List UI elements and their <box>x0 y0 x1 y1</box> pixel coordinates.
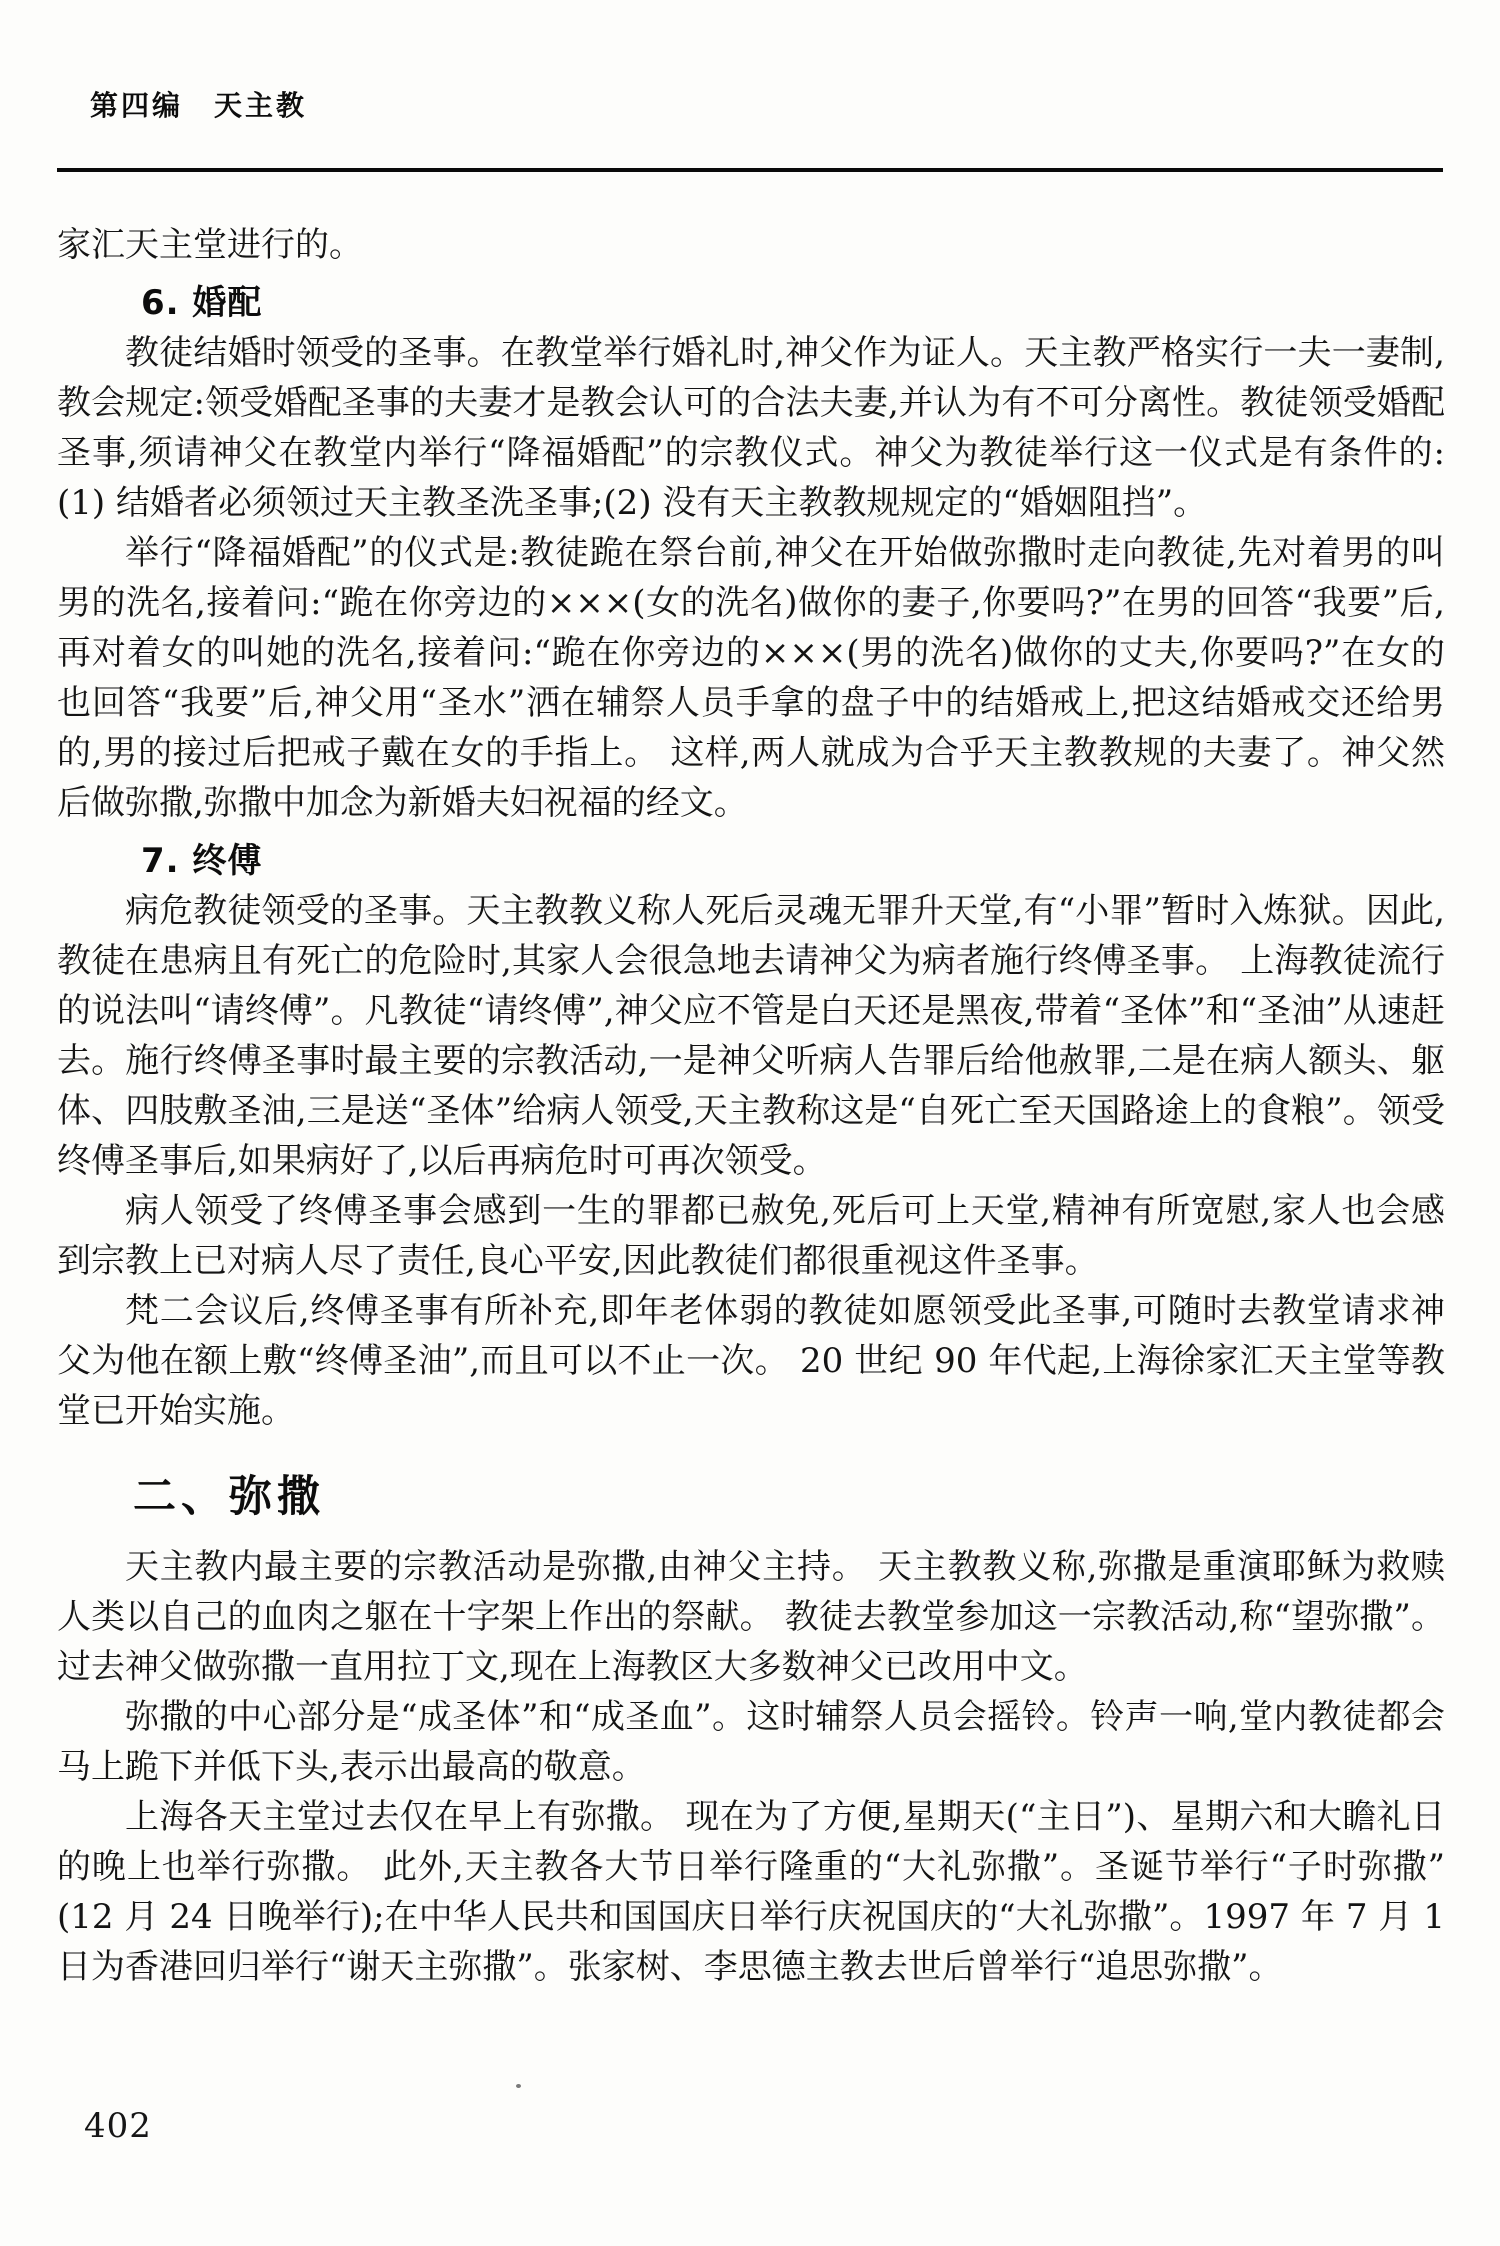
paragraph-last-rites-2: 病人领受了终傅圣事会感到一生的罪都已赦免,死后可上天堂,精神有所宽慰,家人也会感… <box>57 1186 1445 1286</box>
paragraph-last-rites-1: 病危教徒领受的圣事。天主教教义称人死后灵魂无罪升天堂,有“小罪”暂时入炼狱。因此… <box>57 886 1445 1186</box>
heading-7-last-rites: 7. 终傅 <box>57 836 1445 886</box>
heading-6-marriage: 6. 婚配 <box>57 278 1445 328</box>
paragraph-mass-1: 天主教内最主要的宗教活动是弥撒,由神父主持。 天主教教义称,弥撒是重演耶稣为救赎… <box>57 1542 1445 1692</box>
paragraph-marriage-2: 举行“降福婚配”的仪式是:教徒跪在祭台前,神父在开始做弥撒时走向教徒,先对着男的… <box>57 528 1445 828</box>
paragraph-last-rites-3: 梵二会议后,终傅圣事有所补充,即年老体弱的教徒如愿领受此圣事,可随时去教堂请求神… <box>57 1286 1445 1436</box>
paragraph-continuation: 家汇天主堂进行的。 <box>57 220 1445 270</box>
page-body: 家汇天主堂进行的。 6. 婚配 教徒结婚时领受的圣事。在教堂举行婚礼时,神父作为… <box>57 220 1445 1992</box>
book-page: 第四编 天主教 家汇天主堂进行的。 6. 婚配 教徒结婚时领受的圣事。在教堂举行… <box>0 0 1500 2246</box>
section-title-mass: 二、弥撒 <box>57 1466 1445 1528</box>
paragraph-mass-2: 弥撒的中心部分是“成圣体”和“成圣血”。这时辅祭人员会摇铃。铃声一响,堂内教徒都… <box>57 1692 1445 1792</box>
scan-speck <box>516 2084 521 2088</box>
paragraph-mass-3: 上海各天主堂过去仅在早上有弥撒。 现在为了方便,星期天(“主日”)、星期六和大瞻… <box>57 1792 1445 1992</box>
paragraph-marriage-1: 教徒结婚时领受的圣事。在教堂举行婚礼时,神父作为证人。天主教严格实行一夫一妻制,… <box>57 328 1445 528</box>
page-number: 402 <box>84 2106 152 2146</box>
header-rule <box>57 168 1443 172</box>
running-head: 第四编 天主教 <box>90 84 307 124</box>
